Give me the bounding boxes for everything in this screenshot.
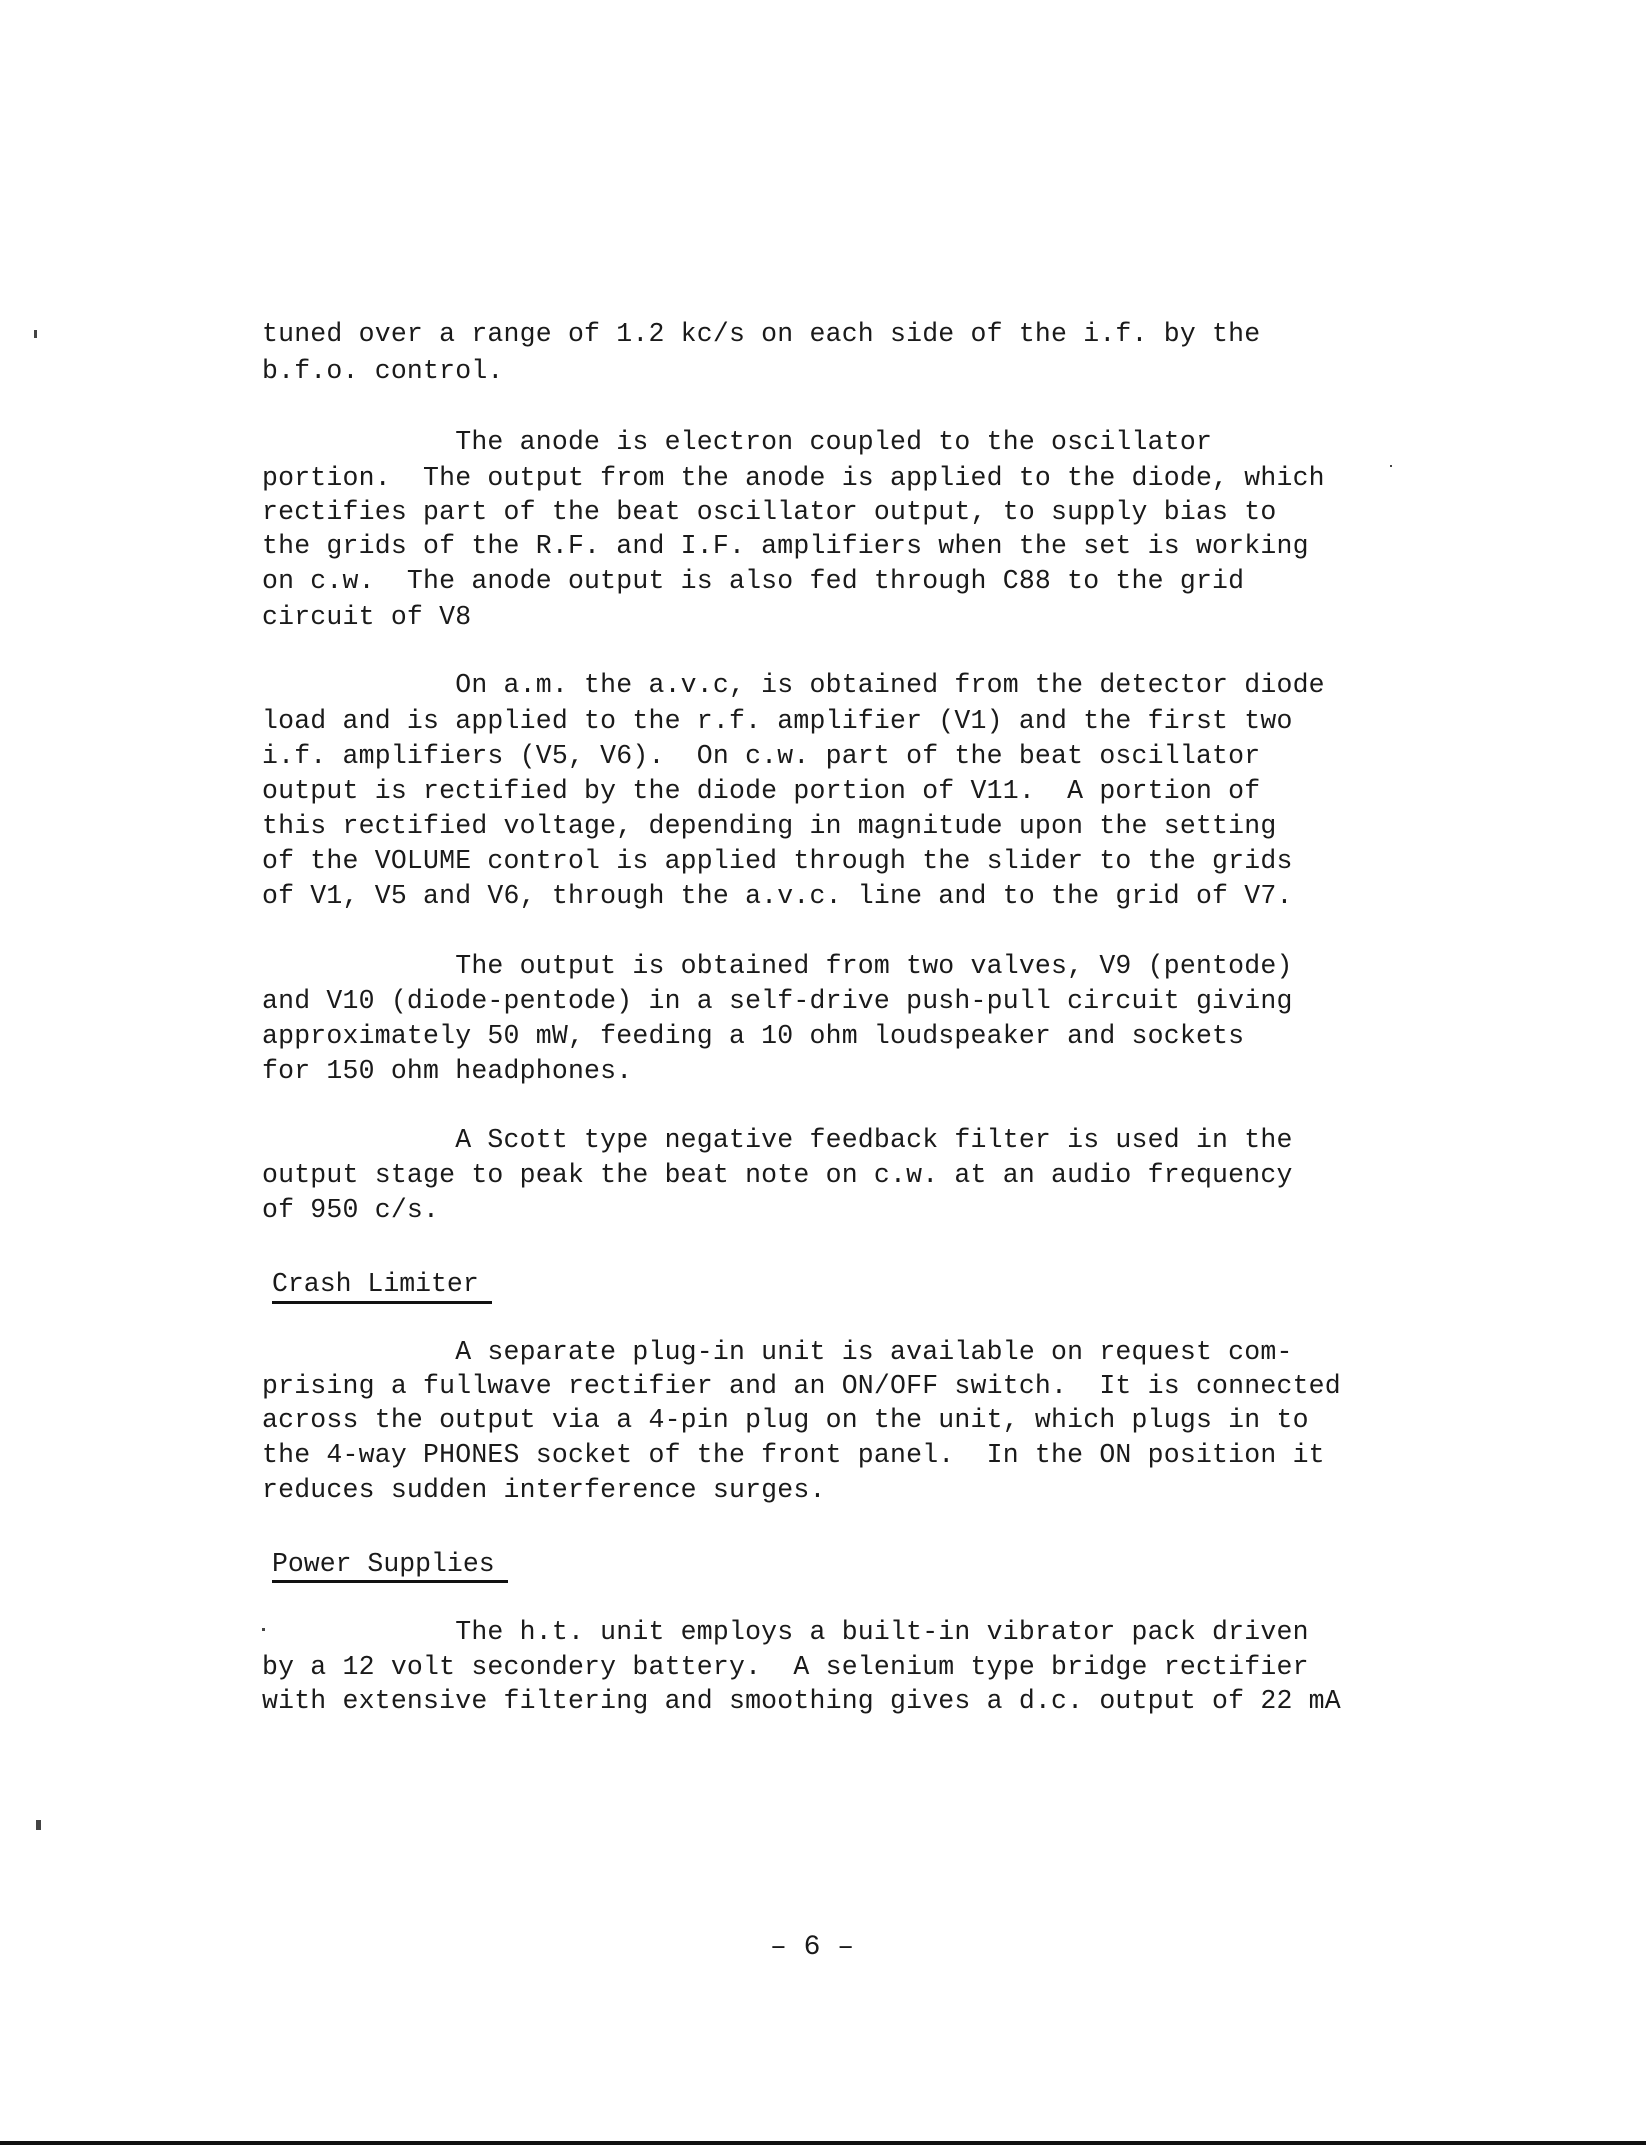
text-line: output stage to peak the beat note on c.…	[262, 1157, 1293, 1193]
text-line: tuned over a range of 1.2 kc/s on each s…	[262, 316, 1260, 352]
text-line: i.f. amplifiers (V5, V6). On c.w. part o…	[262, 738, 1260, 774]
scan-bottom-edge	[0, 2141, 1646, 2145]
heading-underline	[272, 1301, 492, 1304]
text-line: with extensive filtering and smoothing g…	[262, 1683, 1341, 1719]
section-heading-crash-limiter: Crash Limiter	[272, 1266, 479, 1302]
text-line: reduces sudden interference surges.	[262, 1472, 826, 1508]
text-line: On a.m. the a.v.c, is obtained from the …	[262, 667, 1325, 703]
scan-speck	[1390, 465, 1392, 467]
text-line: load and is applied to the r.f. amplifie…	[262, 703, 1293, 739]
text-line: and V10 (diode-pentode) in a self-drive …	[262, 983, 1293, 1019]
text-line: A Scott type negative feedback filter is…	[262, 1122, 1293, 1158]
document-page: tuned over a range of 1.2 kc/s on each s…	[0, 0, 1646, 2150]
text-line: A separate plug-in unit is available on …	[262, 1334, 1293, 1370]
text-line: The output is obtained from two valves, …	[262, 948, 1293, 984]
text-line: the 4-way PHONES socket of the front pan…	[262, 1437, 1325, 1473]
text-line: approximately 50 mW, feeding a 10 ohm lo…	[262, 1018, 1244, 1054]
text-line: of 950 c/s.	[262, 1192, 439, 1228]
text-line: the grids of the R.F. and I.F. amplifier…	[262, 528, 1309, 564]
text-line: of the VOLUME control is applied through…	[262, 843, 1293, 879]
section-heading-power-supplies: Power Supplies	[272, 1546, 495, 1582]
text-line: circuit of V8	[262, 599, 471, 635]
text-line: for 150 ohm headphones.	[262, 1053, 632, 1089]
text-line: The anode is electron coupled to the osc…	[262, 424, 1212, 460]
scan-speck	[36, 1820, 41, 1830]
heading-underline	[272, 1580, 508, 1583]
page-number: – 6 –	[770, 1932, 854, 1963]
scan-speck	[262, 1628, 265, 1631]
text-line: on c.w. The anode output is also fed thr…	[262, 563, 1244, 599]
text-line: rectifies part of the beat oscillator ou…	[262, 494, 1276, 530]
text-line: output is rectified by the diode portion…	[262, 773, 1260, 809]
scan-speck	[34, 330, 37, 338]
text-line: b.f.o. control.	[262, 353, 504, 389]
text-line: this rectified voltage, depending in mag…	[262, 808, 1276, 844]
text-line: by a 12 volt secondery battery. A seleni…	[262, 1649, 1309, 1685]
text-line: The h.t. unit employs a built-in vibrato…	[262, 1614, 1309, 1650]
text-line: prising a fullwave rectifier and an ON/O…	[262, 1368, 1341, 1404]
text-line: of V1, V5 and V6, through the a.v.c. lin…	[262, 878, 1293, 914]
text-line: across the output via a 4-pin plug on th…	[262, 1402, 1309, 1438]
text-line: portion. The output from the anode is ap…	[262, 460, 1325, 496]
